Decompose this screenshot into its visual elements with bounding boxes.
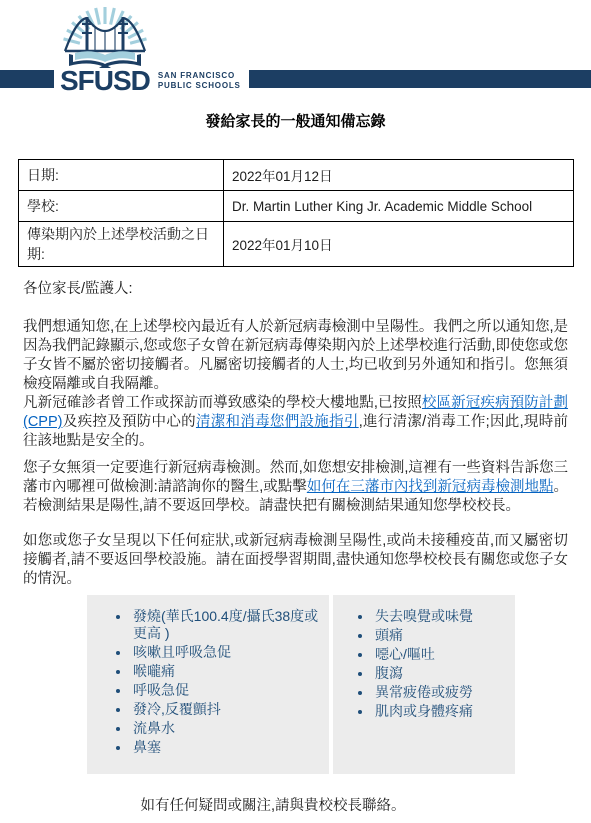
- table-row-school: 學校: Dr. Martin Luther King Jr. Academic …: [19, 191, 574, 222]
- symptom-list-left: 發燒(華氏100.4度/攝氏38度或更高 )咳嗽且呼吸急促喉嚨痛呼吸急促發冷,反…: [115, 608, 323, 756]
- header: SFUSD SAN FRANCISCO PUBLIC SCHOOLS: [0, 0, 591, 98]
- paragraph-notification: 我們想通知您,在上述學校內最近有人於新冠病毒檢測中呈陽性。我們之所以通知您,是因…: [23, 318, 568, 394]
- memo-page: SFUSD SAN FRANCISCO PUBLIC SCHOOLS 發給家長的…: [0, 0, 591, 823]
- symptom-item: 頭痛: [373, 627, 509, 644]
- brand-tagline: SAN FRANCISCO PUBLIC SCHOOLS: [158, 71, 241, 91]
- symptom-box: 發燒(華氏100.4度/攝氏38度或更高 )咳嗽且呼吸急促喉嚨痛呼吸急促發冷,反…: [87, 595, 515, 774]
- symptom-item: 噁心/嘔吐: [373, 646, 509, 663]
- paragraph-symptoms-warning: 如您或您子女呈現以下任何症狀,或新冠病毒檢測呈陽性,或尚未接種疫苗,而又屬密切接…: [23, 532, 568, 589]
- exposure-date-label: 傳染期內於上述學校活動之日期:: [19, 222, 224, 267]
- school-label: 學校:: [19, 191, 224, 222]
- tagline-line1: SAN FRANCISCO: [158, 71, 241, 81]
- cleaning-guidelines-link[interactable]: 清潔和消毒您們設施指引: [196, 414, 359, 430]
- sfusd-bridge-book-logo-icon: [59, 4, 151, 70]
- symptom-item: 發燒(華氏100.4度/攝氏38度或更高 ): [131, 608, 323, 642]
- symptom-item: 呼吸急促: [131, 682, 323, 699]
- greeting: 各位家長/監護人:: [23, 280, 568, 299]
- brand-wordmark: SFUSD: [60, 68, 150, 93]
- paragraph-testing: 您子女無須一定要進行新冠病毒檢測。然而,如您想安排檢測,這裡有一些資料告訴您三藩…: [23, 459, 568, 516]
- testing-locations-link[interactable]: 如何在三藩市內找到新冠病毒檢測地點: [307, 479, 554, 495]
- symptom-item: 鼻塞: [131, 739, 323, 756]
- school-value: Dr. Martin Luther King Jr. Academic Midd…: [224, 191, 574, 222]
- date-value: 2022年01月12日: [224, 160, 574, 191]
- navy-bar-right: [249, 70, 591, 88]
- symptom-item: 失去嗅覺或味覺: [373, 608, 509, 625]
- symptom-item: 喉嚨痛: [131, 663, 323, 680]
- paragraph-cleaning: 凡新冠確診者曾工作或探訪而導致感染的學校大樓地點,已按照校區新冠疾病預防計劃 (…: [23, 394, 568, 451]
- p2-text2: 及疾控及預防中心的: [62, 414, 195, 430]
- info-table: 日期: 2022年01月12日 學校: Dr. Martin Luther Ki…: [18, 159, 574, 267]
- tagline-line2: PUBLIC SCHOOLS: [158, 81, 241, 91]
- symptom-column-right: 失去嗅覺或味覺頭痛噁心/嘔吐腹瀉異常疲倦或疲勞肌肉或身體疼痛: [333, 595, 515, 774]
- body-text: 各位家長/監護人: 我們想通知您,在上述學校內最近有人於新冠病毒檢測中呈陽性。我…: [23, 280, 568, 589]
- symptom-list-right: 失去嗅覺或味覺頭痛噁心/嘔吐腹瀉異常疲倦或疲勞肌肉或身體疼痛: [357, 608, 509, 720]
- symptom-item: 發冷,反覆顫抖: [131, 701, 323, 718]
- exposure-date-value: 2022年01月10日: [224, 222, 574, 267]
- symptom-item: 咳嗽且呼吸急促: [131, 644, 323, 661]
- page-title: 發給家長的一般通知備忘錄: [0, 110, 591, 131]
- symptom-column-left: 發燒(華氏100.4度/攝氏38度或更高 )咳嗽且呼吸急促喉嚨痛呼吸急促發冷,反…: [87, 595, 329, 774]
- table-row-date: 日期: 2022年01月12日: [19, 160, 574, 191]
- date-label: 日期:: [19, 160, 224, 191]
- symptom-item: 腹瀉: [373, 665, 509, 682]
- p2-text1: 凡新冠確診者曾工作或探訪而導致感染的學校大樓地點,已按照: [23, 395, 422, 411]
- symptom-item: 肌肉或身體疼痛: [373, 703, 509, 720]
- navy-bar-left: [0, 70, 54, 88]
- symptom-item: 流鼻水: [131, 720, 323, 737]
- table-row-exposure-date: 傳染期內於上述學校活動之日期: 2022年01月10日: [19, 222, 574, 267]
- brand-bar-row: SFUSD SAN FRANCISCO PUBLIC SCHOOLS: [0, 70, 591, 93]
- footer-note: 如有任何疑問或關注,請與貴校校長聯絡。: [0, 794, 546, 815]
- symptom-item: 異常疲倦或疲勞: [373, 684, 509, 701]
